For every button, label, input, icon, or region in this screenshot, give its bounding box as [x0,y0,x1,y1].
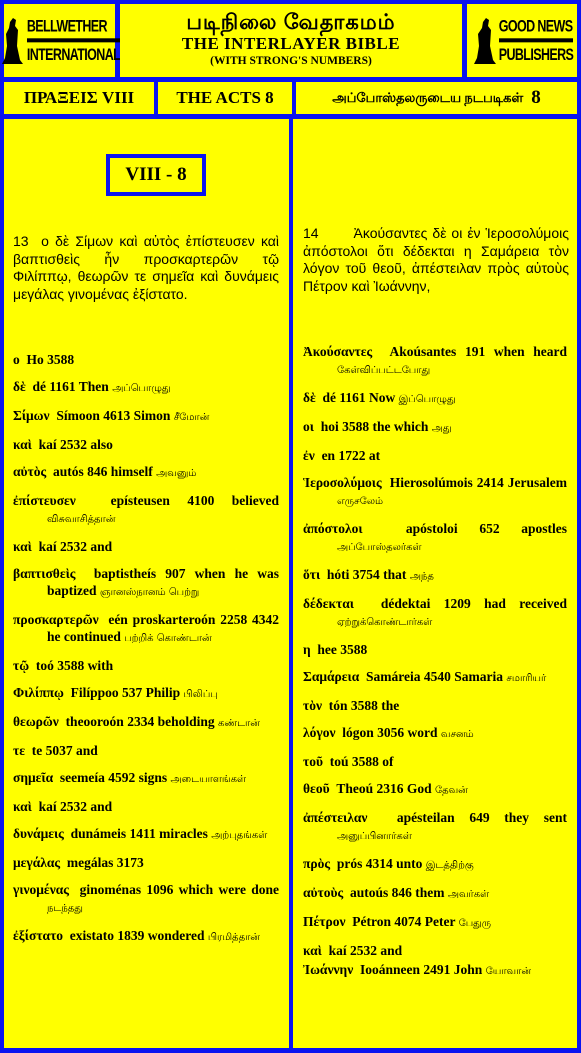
book-title-tamil: அப்போஸ்தலருடைய நடபடிகள் 8 [296,82,577,114]
greek-word: τὸν [303,698,322,713]
word-gloss: Ho 3588 [27,352,75,367]
greek-word: οι [303,419,314,434]
word-entry: προσκαρτερῶν eén proskarteroón 2258 4342… [13,611,279,647]
tamil-gloss: அப்போஸ்தலர்கள் [337,542,422,553]
greek-word: προσκαρτερῶν [13,612,99,627]
book-title-tamil-text: அப்போஸ்தலருடைய நடபடிகள் [332,90,523,107]
word-entry: Φιλίππῳ Filíppoo 537 Philip பிலிப்பு [13,684,279,703]
greek-word: τοῦ [303,754,323,769]
word-entry: οι hoi 3588 the which அது [303,418,567,437]
greek-word: πρὸς [303,856,330,871]
word-entry: Σίμων Símoon 4613 Simon சீமோன் [13,407,279,426]
verse-14: 14 Ἀκούσαντες δὲ οι ἐν Ἱεροσολύμοις ἀπόσ… [303,225,569,295]
greek-word: Ἀκούσαντες [303,344,372,359]
greek-word: δὲ [13,379,26,394]
greek-word: ἀπέστειλαν [303,810,367,825]
tamil-gloss: யோவான் [486,966,531,977]
tamil-gloss: இப்பொழுது [399,394,456,405]
greek-word: καὶ [303,943,322,958]
greek-word: αὐτὸς [13,464,46,479]
tamil-gloss: ஞானஸ்நானம் பெற்று [100,587,199,598]
word-entry: ὅτι hóti 3754 that அந்த [303,566,567,585]
word-entry: τὸν tón 3588 the [303,697,567,714]
book-title-greek-text: ΠΡΑΞΕΙΣ VIII [24,88,134,108]
verse-number: 13 [13,233,29,249]
tamil-gloss: வசனம் [441,729,474,740]
tamil-gloss: தேவன் [435,785,468,796]
word-gloss: ginoménas 1096 which were done [80,882,279,897]
word-entry: τῷ toó 3588 with [13,657,279,674]
word-entry: η hee 3588 [303,641,567,658]
word-entry: καὶ kaí 2532 also [13,436,279,453]
word-entry: γινομένας ginoménas 1096 which were done… [13,881,279,917]
word-gloss: Filíppoo 537 Philip [71,685,181,700]
word-entry: τοῦ toú 3588 of [303,753,567,770]
title-tamil: படிநிலை வேதாகமம் [120,10,462,34]
greek-word: καὶ [13,799,32,814]
word-entry: Ἀκούσαντες Akoúsantes 191 when heard கேள… [303,343,567,379]
greek-word: δέδεκται [303,596,354,611]
word-gloss: kaí 2532 and [329,943,403,958]
tamil-gloss: கேள்விப்பட்டபோது [337,365,430,376]
chapter-label-box: VIII - 8 [106,154,206,196]
title-box: படிநிலை வேதாகமம் THE INTERLAYER BIBLE (W… [120,4,462,77]
word-gloss: toú 3588 of [330,754,394,769]
word-gloss: dé 1161 Then [33,379,109,394]
word-entry: ἀπόστολοι apóstoloi 652 apostles அப்போஸ்… [303,520,567,556]
word-entry: Πέτρον Pétron 4074 Peter பேதுரு [303,913,567,932]
word-entry: θεωρῶν theooroón 2334 beholding கண்டான் [13,713,279,732]
left-column: VIII - 8 13 ο δὲ Σίμων καὶ αὐτὸς ἐπίστευ… [4,119,289,1048]
verse-text: ο δὲ Σίμων καὶ αὐτὸς ἐπίστευσεν καὶ βαπτ… [13,233,279,302]
word-entry: βαπτισθεὶς baptistheís 907 when he was b… [13,565,279,601]
greek-word: θεωρῶν [13,714,59,729]
word-gloss: Símoon 4613 Simon [56,408,170,423]
tamil-gloss: அனுப்பினார்கள் [337,831,412,842]
word-gloss: Akoúsantes 191 when heard [390,344,567,359]
greek-word: Σαμάρεια [303,669,359,684]
tamil-gloss: பேதுரு [459,918,491,929]
word-entry: πρὸς prós 4314 unto இடத்திற்கு [303,855,567,874]
word-entry: δὲ dé 1161 Then அப்பொழுது [13,378,279,397]
verse-number: 14 [303,225,319,241]
tamil-gloss: ஏற்றுக்கொண்டார்கள் [337,617,432,628]
tamil-gloss: கண்டான் [218,718,260,729]
word-gloss: apóstoloi 652 apostles [406,521,567,536]
word-gloss: theooroón 2334 beholding [66,714,215,729]
title-subtitle: (WITH STRONG'S NUMBERS) [120,54,462,68]
word-entry: μεγάλας megálas 3173 [13,854,279,871]
word-gloss: Pétron 4074 Peter [352,914,455,929]
greek-word: ἐν [303,448,315,463]
word-entry: τε te 5037 and [13,742,279,759]
greek-word: Πέτρον [303,914,346,929]
word-entry: καὶ kaí 2532 and [303,942,567,959]
word-entry: ἐν en 1722 at [303,447,567,464]
tamil-gloss: அவனும் [156,468,196,479]
tamil-gloss: அடையாளங்கள் [171,774,247,785]
tamil-gloss: சீமோன் [174,412,210,423]
greek-word: καὶ [13,437,32,452]
word-entry: λόγον lógon 3056 word வசனம் [303,724,567,743]
greek-word: σημεῖα [13,770,53,785]
logo-left-line2: INTERNATIONAL [27,45,120,65]
word-gloss: Hierosolúmois 2414 Jerusalem [390,475,567,490]
word-list-right: Ἀκούσαντες Akoúsantes 191 when heard கேள… [303,343,567,990]
book-title-tamil-number: 8 [531,87,541,109]
tamil-gloss: விசுவாசித்தான் [47,514,115,525]
book-title-english: THE ACTS 8 [158,82,292,114]
tamil-gloss: நடந்தது [47,903,83,914]
word-gloss: en 1722 at [322,448,381,463]
greek-word: ἀπόστολοι [303,521,363,536]
word-entry: καὶ kaí 2532 and [13,798,279,815]
word-entry: ἐπίστευσεν epísteusen 4100 believed விசு… [13,492,279,528]
word-entry: δὲ dé 1161 Now இப்பொழுது [303,389,567,408]
word-gloss: toó 3588 with [36,658,113,673]
bellwether-figure-icon [0,16,25,66]
word-entry: αὐτὸς autós 846 himself அவனும் [13,463,279,482]
word-entry: ο Ho 3588 [13,351,279,368]
greek-word: τῷ [13,658,29,673]
verse-text: Ἀκούσαντες δὲ οι ἐν Ἱεροσολύμοις ἀπόστολ… [303,225,569,294]
greek-word: δὲ [303,390,316,405]
tamil-gloss: பிலிப்பு [184,689,218,700]
word-gloss: hee 3588 [317,642,367,657]
greek-word: λόγον [303,725,335,740]
word-entry: δυνάμεις dunámeis 1411 miracles அற்புதங்… [13,825,279,844]
good-news-figure-icon [471,16,497,66]
logo-left-line1: BELLWETHER [27,16,120,42]
greek-word: ἐπίστευσεν [13,493,76,508]
right-column: 14 Ἀκούσαντες δὲ οι ἐν Ἱεροσολύμοις ἀπόσ… [293,119,577,1048]
word-gloss: Theoú 2316 God [336,781,431,796]
word-gloss: lógon 3056 word [342,725,437,740]
good-news-logo: GOOD NEWS PUBLISHERS [467,4,577,77]
word-gloss: existato 1839 wondered [70,928,205,943]
word-gloss: kaí 2532 and [39,799,113,814]
word-gloss: hóti 3754 that [327,567,407,582]
word-gloss: autoús 846 them [350,885,445,900]
book-title-greek: ΠΡΑΞΕΙΣ VIII [4,82,154,114]
tamil-gloss: சமாரியர் [506,673,546,684]
greek-word: Ἰωάννην [303,962,353,977]
word-gloss: dédektai 1209 had received [381,596,567,611]
word-gloss: dunámeis 1411 miracles [71,826,208,841]
tamil-gloss: பிரமித்தான் [208,932,260,943]
greek-word: αὐτοὺς [303,885,343,900]
word-entry: σημεῖα seemeía 4592 signs அடையாளங்கள் [13,769,279,788]
greek-word: μεγάλας [13,855,60,870]
greek-word: δυνάμεις [13,826,64,841]
tamil-gloss: அப்பொழுது [112,383,170,394]
logo-right-line1: GOOD NEWS [499,16,574,42]
word-gloss: seemeía 4592 signs [60,770,167,785]
greek-word: θεοῦ [303,781,330,796]
greek-word: γινομένας [13,882,69,897]
word-entry: Ἱεροσολύμοις Hierosolúmois 2414 Jerusale… [303,474,567,510]
word-gloss: epísteusen 4100 believed [111,493,279,508]
word-entry: Σαμάρεια Samáreia 4540 Samaria சமாரியர் [303,668,567,687]
title-english: THE INTERLAYER BIBLE [120,34,462,54]
tamil-gloss: எருசலேம் [337,496,383,507]
word-gloss: megálas 3173 [67,855,144,870]
greek-word: ὅτι [303,567,320,582]
book-title-english-text: THE ACTS 8 [176,88,273,108]
word-entry: ἐξίστατο existato 1839 wondered பிரமித்த… [13,927,279,946]
word-gloss: kaí 2532 also [39,437,113,452]
word-entry: καὶ kaí 2532 and [13,538,279,555]
word-gloss: tón 3588 the [329,698,400,713]
logo-right-line2: PUBLISHERS [499,45,574,65]
greek-word: τε [13,743,25,758]
word-gloss: Samáreia 4540 Samaria [366,669,503,684]
tamil-gloss: இடத்திற்கு [426,860,474,871]
word-gloss: kaí 2532 and [39,539,113,554]
greek-word: Σίμων [13,408,50,423]
greek-word: ο [13,352,20,367]
greek-word: βαπτισθεὶς [13,566,76,581]
greek-word: ἐξίστατο [13,928,63,943]
tamil-gloss: பற்றிக் கொண்டான் [124,633,211,644]
word-gloss: apésteilan 649 they sent [397,810,567,825]
word-gloss: te 5037 and [32,743,98,758]
greek-word: Φιλίππῳ [13,685,64,700]
tamil-gloss: அவர்கள் [448,889,489,900]
word-entry: αὐτοὺς autoús 846 them அவர்கள் [303,884,567,903]
word-gloss: dé 1161 Now [323,390,396,405]
greek-word: η [303,642,311,657]
verse-13: 13 ο δὲ Σίμων καὶ αὐτὸς ἐπίστευσεν καὶ β… [13,233,279,303]
word-gloss: hoi 3588 the which [321,419,429,434]
word-entry: Ἰωάννην Iooánneen 2491 John யோவான் [303,961,567,980]
word-gloss: autós 846 himself [53,464,153,479]
chapter-label: VIII - 8 [125,164,186,186]
greek-word: Ἱεροσολύμοις [303,475,382,490]
tamil-gloss: அந்த [410,571,434,582]
word-entry: θεοῦ Theoú 2316 God தேவன் [303,780,567,799]
word-entry: δέδεκται dédektai 1209 had received ஏற்ற… [303,595,567,631]
greek-word: καὶ [13,539,32,554]
word-list-left: ο Ho 3588δὲ dé 1161 Then அப்பொழுதுΣίμων … [13,351,279,956]
bellwether-logo: BELLWETHER INTERNATIONAL [4,4,115,77]
word-entry: ἀπέστειλαν apésteilan 649 they sent அனுப… [303,809,567,845]
word-gloss: prós 4314 unto [337,856,423,871]
tamil-gloss: அது [432,423,452,434]
word-gloss: Iooánneen 2491 John [360,962,482,977]
tamil-gloss: அற்புதங்கள் [211,830,267,841]
